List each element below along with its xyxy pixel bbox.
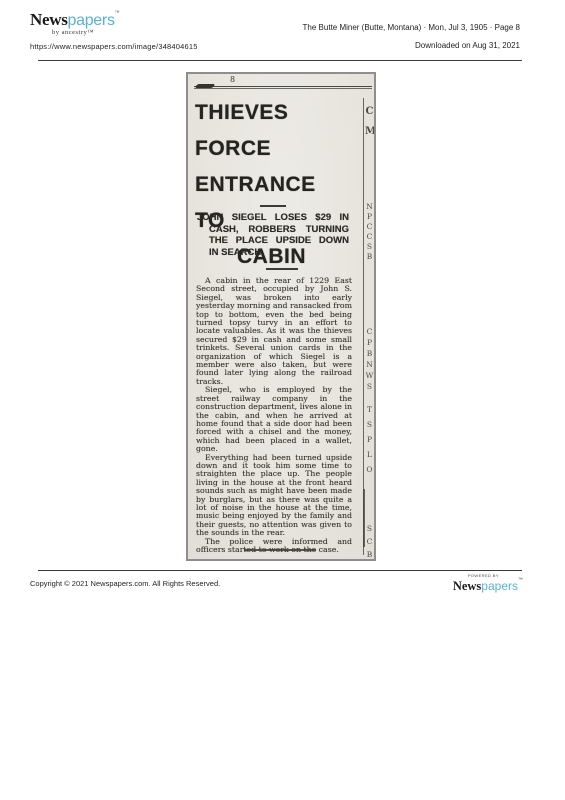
subhead-line: THE PLACE UPSIDE DOWN (209, 235, 349, 247)
image-url: https://www.newspapers.com/image/3484046… (30, 42, 198, 51)
badge-trademark: ™ (518, 577, 523, 583)
powered-by-newspapers-badge: POWERED BY Newspapers™ (453, 574, 523, 594)
newspaper-clipping-image: 8 THIEVES FORCE ENTRANCE TO CABIN JOHN S… (186, 72, 376, 561)
margin-letter-fragments: TSPLO (365, 402, 374, 477)
article-body: A cabin in the rear of 1229 East Second … (196, 277, 352, 554)
badge-news-text: News (453, 579, 481, 593)
subhead-line: CASH, ROBBERS TURNING (209, 224, 349, 236)
copyright-notice: Copyright © 2021 Newspapers.com. All Rig… (30, 579, 220, 588)
headline-divider (260, 205, 286, 207)
powered-by-label: POWERED BY (468, 574, 499, 578)
downloaded-date: Downloaded on Aug 31, 2021 (415, 41, 520, 50)
subhead-line: IN SEARCH. (209, 247, 349, 259)
margin-letter-fragments: NPCCSB (365, 202, 374, 262)
logo-news-text: News (30, 10, 68, 29)
logo-papers-text: papers (68, 12, 115, 29)
article-end-divider (244, 549, 316, 551)
print-page: Newspapers™ by ancestry™ https://www.new… (0, 0, 565, 800)
badge-papers-text: papers (481, 579, 518, 593)
margin-letter-fragments: SCB (365, 522, 374, 561)
ornament-rule (194, 86, 372, 89)
article-paragraph: A cabin in the rear of 1229 East Second … (196, 277, 352, 386)
article-paragraph: The police were informed and officers st… (196, 538, 352, 555)
citation-line: The Butte Miner (Butte, Montana) · Mon, … (303, 23, 520, 32)
margin-letter-fragments: CPBNWS (365, 326, 374, 392)
logo-tagline: by ancestry™ (52, 29, 94, 36)
footer-divider (38, 570, 522, 571)
subhead-line: JOHN SIEGEL LOSES $29 IN (197, 212, 349, 224)
header-divider (38, 60, 522, 61)
article-paragraph: Siegel, who is employed by the street ra… (196, 386, 352, 453)
logo-trademark: ™ (115, 10, 120, 16)
margin-letter-fragments: CM (365, 102, 374, 142)
newspaper-page-number: 8 (230, 75, 235, 84)
column-separator-line (363, 98, 364, 555)
article-paragraph: Everything had been turned upside down a… (196, 454, 352, 538)
subhead-divider (266, 268, 298, 270)
newspapers-logo: Newspapers™ (30, 11, 120, 29)
article-subhead: JOHN SIEGEL LOSES $29 IN CASH, ROBBERS T… (197, 212, 349, 258)
headline-line: THIEVES FORCE (195, 95, 348, 167)
